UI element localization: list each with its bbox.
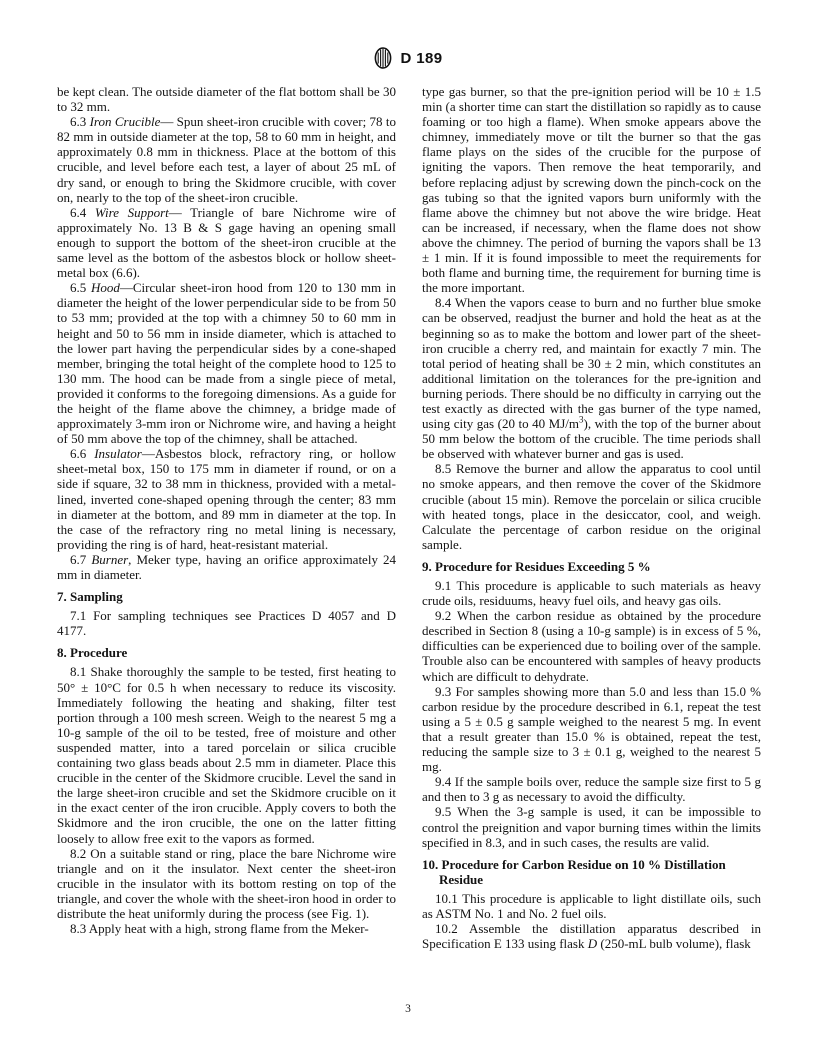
paragraph: 8.1 Shake thoroughly the sample to be te… xyxy=(57,664,396,845)
paragraph: type gas burner, so that the pre-ignitio… xyxy=(422,84,761,295)
paragraph: 9.1 This procedure is applicable to such… xyxy=(422,578,761,608)
section-heading: 8. Procedure xyxy=(57,645,396,660)
paragraph: 10.2 Assemble the distillation apparatus… xyxy=(422,921,761,951)
paragraph: 9.3 For samples showing more than 5.0 an… xyxy=(422,684,761,775)
paragraph: be kept clean. The outside diameter of t… xyxy=(57,84,396,114)
document-header: D 189 xyxy=(0,47,816,69)
paragraph: 6.6 Insulator—Asbestos block, refractory… xyxy=(57,446,396,552)
paragraph: 9.4 If the sample boils over, reduce the… xyxy=(422,774,761,804)
section-heading: 7. Sampling xyxy=(57,589,396,604)
paragraph: 9.5 When the 3-g sample is used, it can … xyxy=(422,804,761,849)
right-column: type gas burner, so that the pre-ignitio… xyxy=(422,84,761,951)
text-columns: be kept clean. The outside diameter of t… xyxy=(57,84,761,951)
paragraph: 9.2 When the carbon residue as obtained … xyxy=(422,608,761,683)
paragraph: 8.3 Apply heat with a high, strong flame… xyxy=(57,921,396,936)
paragraph: 8.2 On a suitable stand or ring, place t… xyxy=(57,846,396,921)
left-column: be kept clean. The outside diameter of t… xyxy=(57,84,396,951)
document-page: D 189 be kept clean. The outside diamete… xyxy=(0,0,816,1056)
paragraph: 8.5 Remove the burner and allow the appa… xyxy=(422,461,761,552)
paragraph: 6.5 Hood—Circular sheet-iron hood from 1… xyxy=(57,280,396,446)
page-number: 3 xyxy=(0,1003,816,1015)
paragraph: 6.4 Wire Support— Triangle of bare Nichr… xyxy=(57,205,396,280)
paragraph: 10.1 This procedure is applicable to lig… xyxy=(422,891,761,921)
section-heading: 9. Procedure for Residues Exceeding 5 % xyxy=(422,559,761,574)
paragraph: 8.4 When the vapors cease to burn and no… xyxy=(422,295,761,461)
astm-logo-icon xyxy=(373,47,393,69)
paragraph: 7.1 For sampling techniques see Practice… xyxy=(57,608,396,638)
section-heading: 10. Procedure for Carbon Residue on 10 %… xyxy=(422,857,761,887)
paragraph: 6.3 Iron Crucible— Spun sheet-iron cruci… xyxy=(57,114,396,205)
document-title: D 189 xyxy=(400,50,442,67)
paragraph: 6.7 Burner, Meker type, having an orific… xyxy=(57,552,396,582)
